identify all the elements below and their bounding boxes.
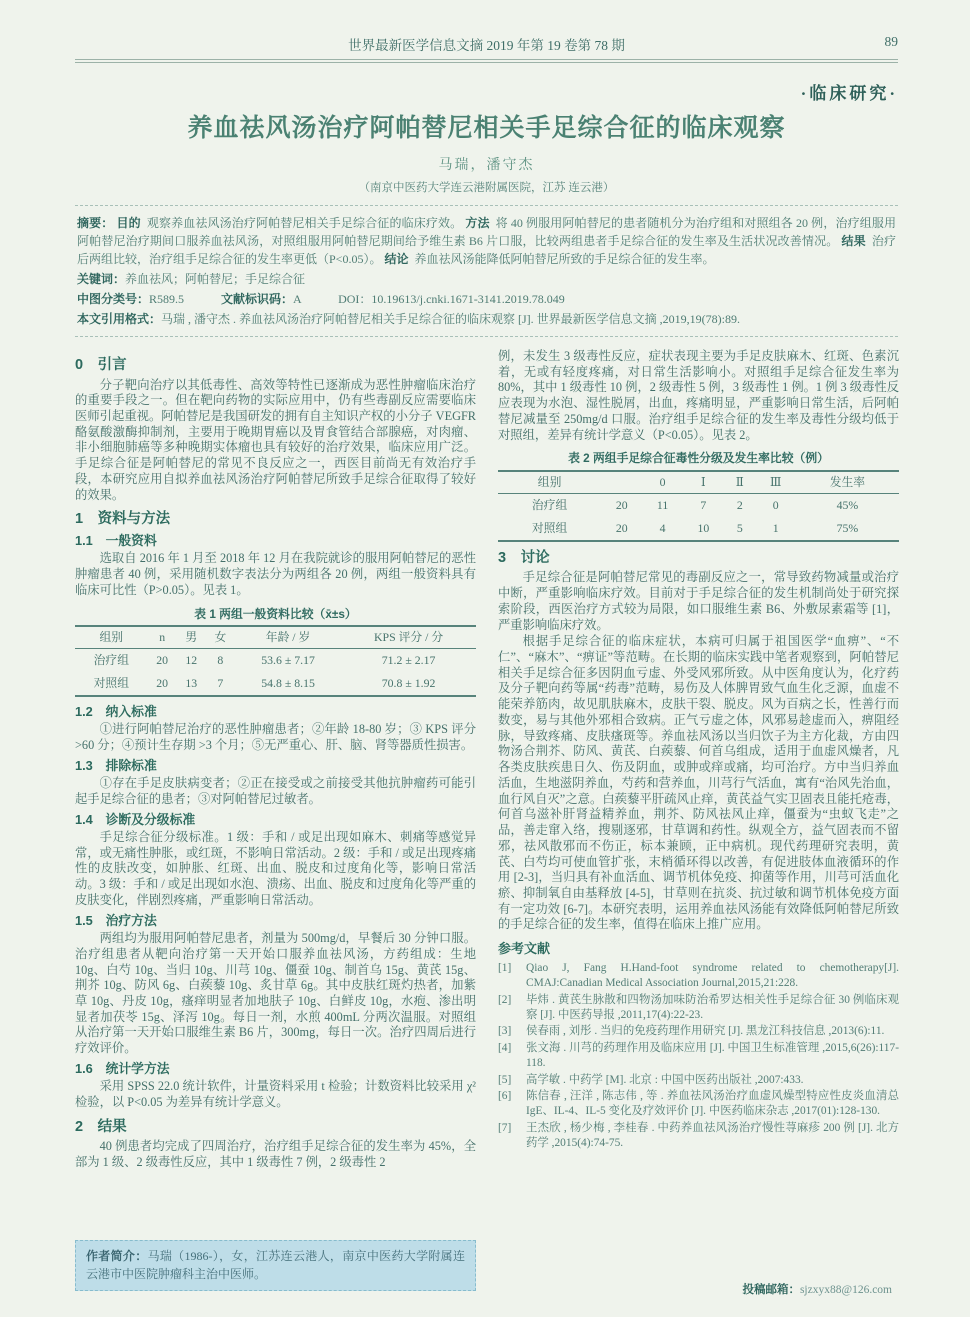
intro-paragraph: 分子靶向治疗以其低毒性、高效等特性已逐渐成为恶性肿瘤临床治疗的重要手段之一。但在… bbox=[75, 378, 476, 504]
statistics-paragraph: 采用 SPSS 22.0 统计软件，计量资料采用 t 检验；计数资料比较采用 χ… bbox=[75, 1079, 476, 1110]
keywords-label: 关键词： bbox=[77, 272, 125, 286]
table-row: 治疗组2012853.6 ± 7.1771.2 ± 2.17 bbox=[75, 648, 476, 672]
right-column: 例，未发生 3 级毒性反应，症状表现主要为手足皮肤麻木、红斑、色素沉着，无或有轻… bbox=[498, 349, 899, 1291]
section-heading-results: 2 结果 bbox=[75, 1118, 476, 1137]
objective-label: 目的 bbox=[117, 216, 141, 230]
results-label: 结果 bbox=[842, 234, 866, 248]
objective-text: 观察养血祛风汤治疗阿帕替尼相关手足综合征的临床疗效。 bbox=[147, 216, 462, 230]
reference-item: [2]毕炜 . 黄芪生脉散和四物汤加味防治希罗达相关性手足综合征 30 例临床观… bbox=[498, 993, 899, 1024]
references-heading: 参考文献 bbox=[498, 941, 899, 958]
reference-item: [6]陈信春 , 汪洋 , 陈志伟 , 等 . 养血祛风汤治疗血虚风燥型特应性皮… bbox=[498, 1089, 899, 1120]
page-number: 89 bbox=[885, 34, 899, 50]
doi-value: 10.19613/j.cnki.1671-3141.2019.78.049 bbox=[371, 292, 564, 306]
column-section-label: ·临床研究· bbox=[75, 79, 898, 104]
abstract-paragraph: 摘要： 目的观察养血祛风汤治疗阿帕替尼相关手足综合征的临床疗效。 方法将 40 … bbox=[77, 214, 896, 268]
table-row: 对照组2013754.8 ± 8.1570.8 ± 1.92 bbox=[75, 672, 476, 696]
table-2-col-grade0: 0 bbox=[642, 471, 682, 494]
table-2-col-n bbox=[601, 471, 642, 494]
results-paragraph-right: 例，未发生 3 级毒性反应，症状表现主要为手足皮肤麻木、红斑、色素沉着，无或有轻… bbox=[498, 349, 899, 443]
section-heading-intro: 0 引言 bbox=[75, 356, 476, 375]
grading-paragraph: 手足综合征分级标准。1 级：手和 / 或足出现如麻木、刺痛等感觉异常，或无痛性肿… bbox=[75, 830, 476, 909]
article-body: 0 引言 分子靶向治疗以其低毒性、高效等特性已逐渐成为恶性肿瘤临床治疗的重要手段… bbox=[75, 349, 898, 1291]
article-title: 养血祛风汤治疗阿帕替尼相关手足综合征的临床观察 bbox=[75, 108, 898, 144]
table-row: 对照组204105175% bbox=[498, 517, 899, 541]
table-1-col-female: 女 bbox=[206, 626, 235, 649]
keywords-line: 关键词：养血祛风；阿帕替尼；手足综合征 bbox=[77, 270, 896, 288]
section-heading-discussion: 3 讨论 bbox=[498, 549, 899, 568]
submission-email-address: sjzxyx88@126.com bbox=[800, 1284, 892, 1296]
running-head: 世界最新医学信息文摘 2019 年第 19 卷第 78 期 89 bbox=[75, 34, 898, 54]
table-2-col-grade3: Ⅲ bbox=[756, 471, 796, 494]
citation-text: 马瑞 , 潘守杰 . 养血祛风汤治疗阿帕替尼相关手足综合征的临床观察 [J]. … bbox=[161, 312, 740, 326]
table-1-header: 组别 n 男 女 年龄 / 岁 KPS 评分 / 分 bbox=[75, 626, 476, 649]
classification-line: 中图分类号：R589.5 文献标识码：A DOI：10.19613/j.cnki… bbox=[77, 290, 896, 308]
keywords-text: 养血祛风；阿帕替尼；手足综合征 bbox=[125, 272, 305, 286]
table-2-header: 组别 0 Ⅰ Ⅱ Ⅲ 发生率 bbox=[498, 471, 899, 494]
header-rule bbox=[75, 59, 898, 63]
reference-item: [5]高学敏 . 中药学 [M]. 北京 : 中国中医药出版社 ,2007:43… bbox=[498, 1073, 899, 1088]
abstract-box: 摘要： 目的观察养血祛风汤治疗阿帕替尼相关手足综合征的临床疗效。 方法将 40 … bbox=[75, 205, 898, 337]
section-heading-methods: 1 资料与方法 bbox=[75, 510, 476, 529]
subsection-heading-general-data: 1.1 一般资料 bbox=[75, 533, 476, 549]
table-row: 治疗组201172045% bbox=[498, 493, 899, 517]
doc-code-label: 文献标识码： bbox=[221, 292, 293, 306]
treatment-paragraph: 两组均为服用阿帕替尼患者，剂量为 500mg/d，早餐后 30 分钟口服。治疗组… bbox=[75, 931, 476, 1057]
table-1-title: 表 1 两组一般资料比较（x̄±s） bbox=[75, 607, 476, 622]
authors: 马瑞，潘守杰 bbox=[75, 154, 898, 174]
abstract-label: 摘要： bbox=[77, 216, 113, 230]
general-data-paragraph: 选取自 2016 年 1 月至 2018 年 12 月在我院就诊的服用阿帕替尼的… bbox=[75, 551, 476, 598]
discussion-paragraph-1: 手足综合征是阿帕替尼常见的毒副反应之一，常导致药物减量或治疗中断，严重影响临床疗… bbox=[498, 570, 899, 633]
bio-label: 作者简介： bbox=[86, 1249, 148, 1263]
discussion-paragraph-2: 根据手足综合征的临床症状，本病可归属于祖国医学“血痹”、“不仁”、“麻木”、“痹… bbox=[498, 634, 899, 933]
affiliation: （南京中医药大学连云港附属医院，江苏 连云港） bbox=[75, 179, 898, 195]
table-1-col-male: 男 bbox=[177, 626, 206, 649]
author-bio-box: 作者简介：马瑞（1986-），女，江苏连云港人，南京中医药大学附属连云港市中医院… bbox=[75, 1240, 476, 1291]
reference-item: [1]Qiao J, Fang H.Hand-foot syndrome rel… bbox=[498, 961, 899, 992]
journal-page: 世界最新医学信息文摘 2019 年第 19 卷第 78 期 89 ·临床研究· … bbox=[0, 0, 970, 1317]
methods-label: 方法 bbox=[465, 216, 489, 230]
reference-item: [3]侯春雨 , 刘彤 . 当归的免疫药理作用研究 [J]. 黑龙江科技信息 ,… bbox=[498, 1024, 899, 1039]
table-header-row: 组别 0 Ⅰ Ⅱ Ⅲ 发生率 bbox=[498, 471, 899, 494]
table-1: 组别 n 男 女 年龄 / 岁 KPS 评分 / 分 治疗组2012853.6 … bbox=[75, 625, 476, 697]
doc-code-value: A bbox=[293, 292, 301, 306]
inclusion-paragraph: ①进行阿帕替尼治疗的恶性肿瘤患者；②年龄 18-80 岁；③ KPS 评分 >6… bbox=[75, 722, 476, 753]
conclusion-label: 结论 bbox=[384, 252, 408, 266]
left-column: 0 引言 分子靶向治疗以其低毒性、高效等特性已逐渐成为恶性肿瘤临床治疗的重要手段… bbox=[75, 349, 476, 1291]
citation-label: 本文引用格式： bbox=[77, 312, 161, 326]
table-2-col-group: 组别 bbox=[498, 471, 601, 494]
results-paragraph-left: 40 例患者均完成了四周治疗，治疗组手足综合征的发生率为 45%，全部为 1 级… bbox=[75, 1139, 476, 1170]
subsection-heading-treatment: 1.5 治疗方法 bbox=[75, 913, 476, 929]
table-2: 组别 0 Ⅰ Ⅱ Ⅲ 发生率 治疗组201172045% 对照组20410517… bbox=[498, 470, 899, 542]
table-1-col-group: 组别 bbox=[75, 626, 148, 649]
subsection-heading-statistics: 1.6 统计学方法 bbox=[75, 1061, 476, 1077]
table-1-col-kps: KPS 评分 / 分 bbox=[341, 626, 476, 649]
reference-item: [4]张文海 . 川芎的药理作用及临床应用 [J]. 中国卫生标准管理 ,201… bbox=[498, 1041, 899, 1072]
subsection-heading-grading: 1.4 诊断及分级标准 bbox=[75, 812, 476, 828]
table-2-col-incidence: 发生率 bbox=[796, 471, 899, 494]
submission-email-label: 投稿邮箱： bbox=[742, 1284, 800, 1296]
clc-label: 中图分类号： bbox=[77, 292, 149, 306]
subsection-heading-inclusion: 1.2 纳入标准 bbox=[75, 704, 476, 720]
table-header-row: 组别 n 男 女 年龄 / 岁 KPS 评分 / 分 bbox=[75, 626, 476, 649]
table-2-col-grade1: Ⅰ bbox=[683, 471, 724, 494]
submission-email: 投稿邮箱：sjzxyx88@126.com bbox=[742, 1281, 892, 1297]
table-1-col-n: n bbox=[148, 626, 177, 649]
table-1-col-age: 年龄 / 岁 bbox=[235, 626, 341, 649]
subsection-heading-exclusion: 1.3 排除标准 bbox=[75, 758, 476, 774]
table-2-title: 表 2 两组手足综合征毒性分级及发生率比较（例） bbox=[498, 451, 899, 466]
exclusion-paragraph: ①存在手足皮肤病变者；②正在接受或之前接受其他抗肿瘤药可能引起手足综合征的患者；… bbox=[75, 776, 476, 807]
reference-item: [7]王杰欣 , 杨少梅 , 李桂春 . 中药养血祛风汤治疗慢性荨麻疹 200 … bbox=[498, 1121, 899, 1152]
clc-value: R589.5 bbox=[149, 292, 184, 306]
citation-line: 本文引用格式：马瑞 , 潘守杰 . 养血祛风汤治疗阿帕替尼相关手足综合征的临床观… bbox=[77, 310, 896, 328]
doi-label: DOI： bbox=[338, 292, 371, 306]
journal-title: 世界最新医学信息文摘 2019 年第 19 卷第 78 期 bbox=[348, 38, 625, 53]
table-2-col-grade2: Ⅱ bbox=[724, 471, 755, 494]
conclusion-text: 养血祛风汤能降低阿帕替尼所致的手足综合征的发生率。 bbox=[414, 252, 714, 266]
